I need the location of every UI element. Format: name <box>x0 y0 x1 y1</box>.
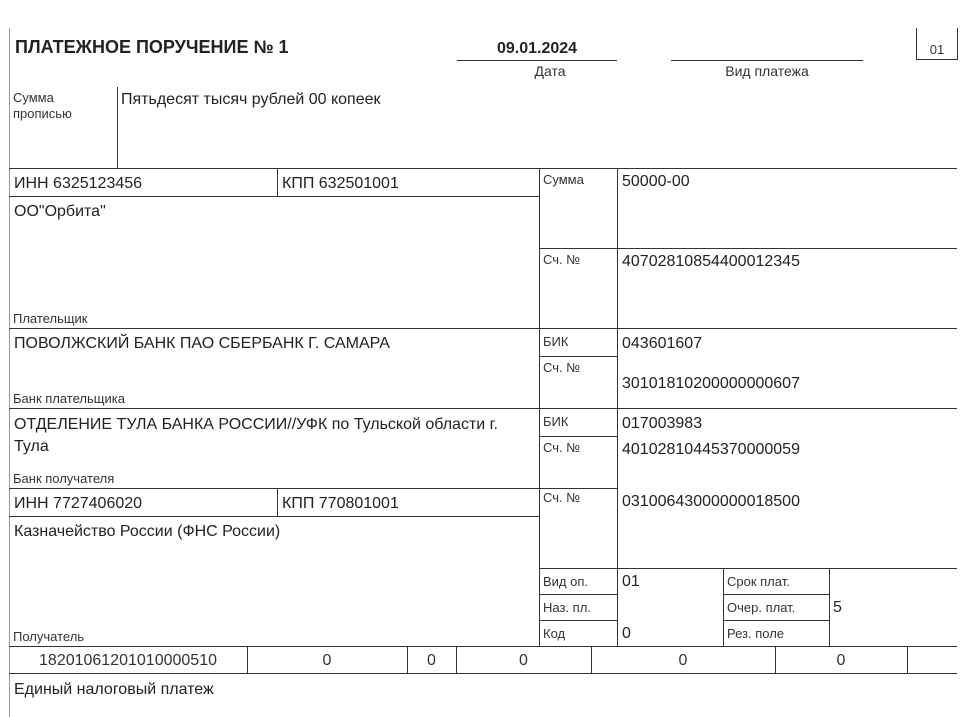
payer-account-value: 40702810854400012345 <box>622 253 800 271</box>
row-line <box>723 620 829 621</box>
date-value: 09.01.2024 <box>457 40 617 58</box>
divider <box>723 568 724 646</box>
divider <box>277 488 278 516</box>
tax-field-4: 0 <box>456 652 591 670</box>
payee-account-value: 03100643000000018500 <box>622 493 800 511</box>
payee-inn: ИНН 7727406020 <box>14 495 142 513</box>
ocher-plat-value: 5 <box>833 599 842 617</box>
payee-bank-label: Банк получателя <box>13 471 114 486</box>
vid-op-label: Вид оп. <box>543 574 588 589</box>
naz-pl-label: Наз. пл. <box>543 600 591 615</box>
kod-label: Код <box>543 626 565 641</box>
payer-bank-bik-value: 043601607 <box>622 335 702 353</box>
row-line <box>9 646 957 647</box>
tax-field-6: 0 <box>775 652 907 670</box>
payer-bank-bik-label: БИК <box>543 334 568 349</box>
date-label: Дата <box>457 63 643 79</box>
row-line <box>539 594 617 595</box>
row-line <box>723 594 829 595</box>
amount-words-label-line2: прописью <box>13 106 72 122</box>
divider <box>539 168 540 646</box>
payee-bank-bik-value: 017003983 <box>622 415 702 433</box>
divider <box>407 646 408 673</box>
payer-bank-label: Банк плательщика <box>13 391 125 406</box>
divider <box>117 87 118 168</box>
sum-label: Сумма <box>543 172 584 187</box>
date-underline <box>457 60 617 61</box>
payment-type-underline <box>671 60 863 61</box>
payee-account-label: Сч. № <box>543 490 580 505</box>
divider <box>247 646 248 673</box>
payee-bank-bik-label: БИК <box>543 414 568 429</box>
payer-bank-account-value: 30101810200000000607 <box>622 375 800 393</box>
row-line <box>9 488 617 489</box>
divider <box>591 646 592 673</box>
row-line <box>9 516 539 517</box>
amount-words-value: Пятьдесят тысяч рублей 00 копеек <box>121 91 381 109</box>
tax-field-5: 0 <box>591 652 775 670</box>
tax-field-2: 0 <box>247 652 407 670</box>
payee-bank-account-label: Сч. № <box>543 440 580 455</box>
row-line <box>539 248 957 249</box>
kod-value: 0 <box>622 625 631 643</box>
payee-name: Казначейство России (ФНС России) <box>14 523 280 541</box>
payee-label: Получатель <box>13 629 84 644</box>
left-border <box>9 28 10 717</box>
vid-op-value: 01 <box>622 573 640 591</box>
srok-plat-label: Срок плат. <box>727 574 790 589</box>
divider <box>907 646 908 673</box>
row-line <box>9 168 957 169</box>
tax-field-3: 0 <box>407 652 456 670</box>
amount-words-label-line1: Сумма <box>13 90 72 106</box>
document-title: ПЛАТЕЖНОЕ ПОРУЧЕНИЕ № 1 <box>15 37 289 58</box>
form-code: 01 <box>917 42 957 57</box>
form-code-box: 01 <box>916 28 958 60</box>
row-line <box>539 568 957 569</box>
ocher-plat-label: Очер. плат. <box>727 600 795 615</box>
payee-kpp: КПП 770801001 <box>282 495 399 513</box>
row-line <box>539 356 617 357</box>
divider <box>775 646 776 673</box>
payer-inn: ИНН 6325123456 <box>14 175 142 193</box>
payer-label: Плательщик <box>13 311 87 326</box>
row-line <box>9 328 957 329</box>
payment-type-label: Вид платежа <box>671 63 863 79</box>
payer-account-label: Сч. № <box>543 252 580 267</box>
divider <box>617 168 618 646</box>
row-line <box>9 408 957 409</box>
row-line <box>9 196 539 197</box>
payer-bank-account-label: Сч. № <box>543 360 580 375</box>
payment-purpose: Единый налоговый платеж <box>14 681 214 699</box>
payee-bank-name: ОТДЕЛЕНИЕ ТУЛА БАНКА РОССИИ//УФК по Туль… <box>14 414 514 458</box>
divider <box>456 646 457 673</box>
row-line <box>539 620 617 621</box>
row-line <box>539 436 617 437</box>
divider <box>829 568 830 646</box>
rez-pole-label: Рез. поле <box>727 626 784 641</box>
row-line <box>9 673 957 674</box>
payer-bank-name: ПОВОЛЖСКИЙ БАНК ПАО СБЕРБАНК Г. САМАРА <box>14 335 390 353</box>
tax-field-1: 18201061201010000510 <box>9 652 247 670</box>
divider <box>277 168 278 196</box>
sum-value: 50000-00 <box>622 173 690 191</box>
amount-words-label: Сумма прописью <box>13 90 72 122</box>
payer-name: ОО"Орбита" <box>14 203 106 221</box>
payer-kpp: КПП 632501001 <box>282 175 399 193</box>
payee-bank-account-value: 40102810445370000059 <box>622 441 800 459</box>
